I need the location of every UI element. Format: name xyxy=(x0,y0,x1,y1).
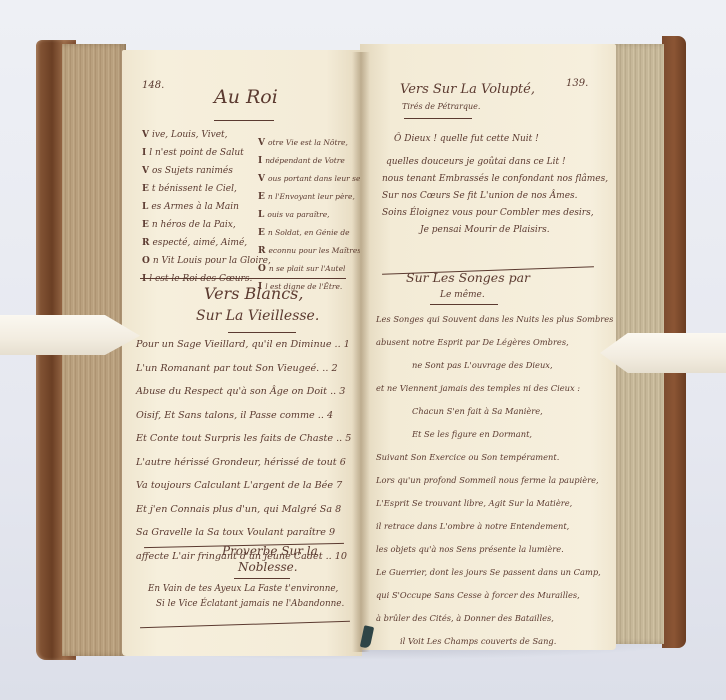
acrostic-line: Vos Sujets ranimés xyxy=(142,162,271,180)
photo-scene: 148. Au Roi Vive, Louis, Vivet, Il n'est… xyxy=(0,0,726,700)
poem-line: Pour un Sage Vieillard, qu'il en Diminue… xyxy=(136,339,351,363)
poem-line: Et j'en Connais plus d'un, qui Malgré Sa… xyxy=(136,504,351,528)
poem-line: Les Songes qui Souvent dans les Nuits le… xyxy=(376,314,613,337)
acrostic-line: Vive, Louis, Vivet, xyxy=(142,126,271,144)
poem-line: Va toujours Calculant L'argent de la Bée… xyxy=(136,480,351,504)
poem-attribution: Tirés de Pétrarque. xyxy=(402,102,480,111)
poem-line: abusent notre Esprit par De Légères Ombr… xyxy=(376,337,613,360)
poem-line: Suivant Son Exercice ou Son tempérament. xyxy=(376,452,613,475)
poem-line: il Voit Les Champs couverts de Sang. xyxy=(376,636,613,659)
poem-line: Ô Dieux ! quelle fut cette Nuit ! xyxy=(382,134,608,157)
proverb-line: En Vain de tes Ayeux La Faste t'environn… xyxy=(148,583,338,595)
subtitle-rule xyxy=(234,578,290,579)
poem-line: Chacun S'en fait à Sa Manière, xyxy=(376,406,613,429)
section-divider xyxy=(140,278,346,279)
poem-line: Je pensai Mourir de Plaisirs. xyxy=(382,225,608,248)
poem-title: Vers Sur La Volupté, xyxy=(400,82,535,97)
poem-line: il retrace dans L'ombre à notre Entendem… xyxy=(376,521,613,544)
acrostic-line: Les Armes à la Main xyxy=(142,198,271,216)
proverb-line: Si le Vice Éclatant jamais ne l'Abandonn… xyxy=(156,598,344,610)
songes-poem: Les Songes qui Souvent dans les Nuits le… xyxy=(376,314,613,659)
poem-line: L'autre hérissé Grondeur, hérissé de tou… xyxy=(136,457,351,481)
left-page: 148. Au Roi Vive, Louis, Vivet, Il n'est… xyxy=(122,50,362,656)
poem-line: Oisif, Et Sans talons, il Passe comme ..… xyxy=(136,410,351,434)
poem-title: Vers Blancs, xyxy=(204,284,303,303)
acrostic-line: On Vit Louis pour la Gloire, xyxy=(142,252,271,270)
acrostic-title: Au Roi xyxy=(214,86,278,108)
poem-line: L'Esprit Se trouvant libre, Agit Sur la … xyxy=(376,498,613,521)
poem-line: et ne Viennent jamais des temples ni des… xyxy=(376,383,613,406)
acrostic-line: Et bénissent le Ciel, xyxy=(142,180,271,198)
proverb-title: Proverbe Sur la xyxy=(222,544,318,558)
acrostic-line: Respecté, aimé, Aimé, xyxy=(142,234,271,252)
poem-line: Et Conte tout Surpris les faits de Chast… xyxy=(136,433,351,457)
proverb-subtitle: Noblesse. xyxy=(238,560,298,574)
acrostic-line: Il n'est point de Salut xyxy=(142,144,271,162)
book-gutter xyxy=(352,52,370,652)
title-rule xyxy=(214,120,274,121)
poem-line: qui S'Occupe Sans Cesse à forcer des Mur… xyxy=(376,590,613,613)
acrostic-left-column: Vive, Louis, Vivet, Il n'est point de Sa… xyxy=(142,126,271,288)
poem-line: Et Se les figure en Dormant, xyxy=(376,429,613,452)
page-number: 148. xyxy=(142,80,164,91)
page-number: 139. xyxy=(566,78,588,89)
poem-title: Sur Les Songes par xyxy=(406,270,530,285)
volupte-poem: Ô Dieux ! quelle fut cette Nuit ! quelle… xyxy=(382,134,608,248)
poem-subtitle: Sur La Vieillesse. xyxy=(196,308,319,324)
subtitle-rule xyxy=(430,304,498,305)
acrostic-line: En héros de la Paix, xyxy=(142,216,271,234)
poem-line: Lors qu'un profond Sommeil nous ferme la… xyxy=(376,475,613,498)
poem-line: L'un Romanant par tout Son Vieugeé. .. 2 xyxy=(136,363,351,387)
poem-line: Le Guerrier, dont les jours Se passent d… xyxy=(376,567,613,590)
subtitle-rule xyxy=(228,332,296,333)
closing-rule xyxy=(140,621,350,629)
poem-line: Abuse du Respect qu'à son Âge on Doit ..… xyxy=(136,386,351,410)
vieillesse-poem: Pour un Sage Vieillard, qu'il en Diminue… xyxy=(136,339,351,574)
title-rule xyxy=(404,118,472,119)
poem-line: ne Sont pas L'ouvrage des Dieux, xyxy=(376,360,613,383)
right-page: 139. Vers Sur La Volupté, Tirés de Pétra… xyxy=(360,44,616,650)
poem-attribution: Le même. xyxy=(440,290,485,300)
poem-line: les objets qu'à nos Sens présente la lum… xyxy=(376,544,613,567)
poem-line: à brûler des Cités, à Donner des Bataill… xyxy=(376,613,613,636)
